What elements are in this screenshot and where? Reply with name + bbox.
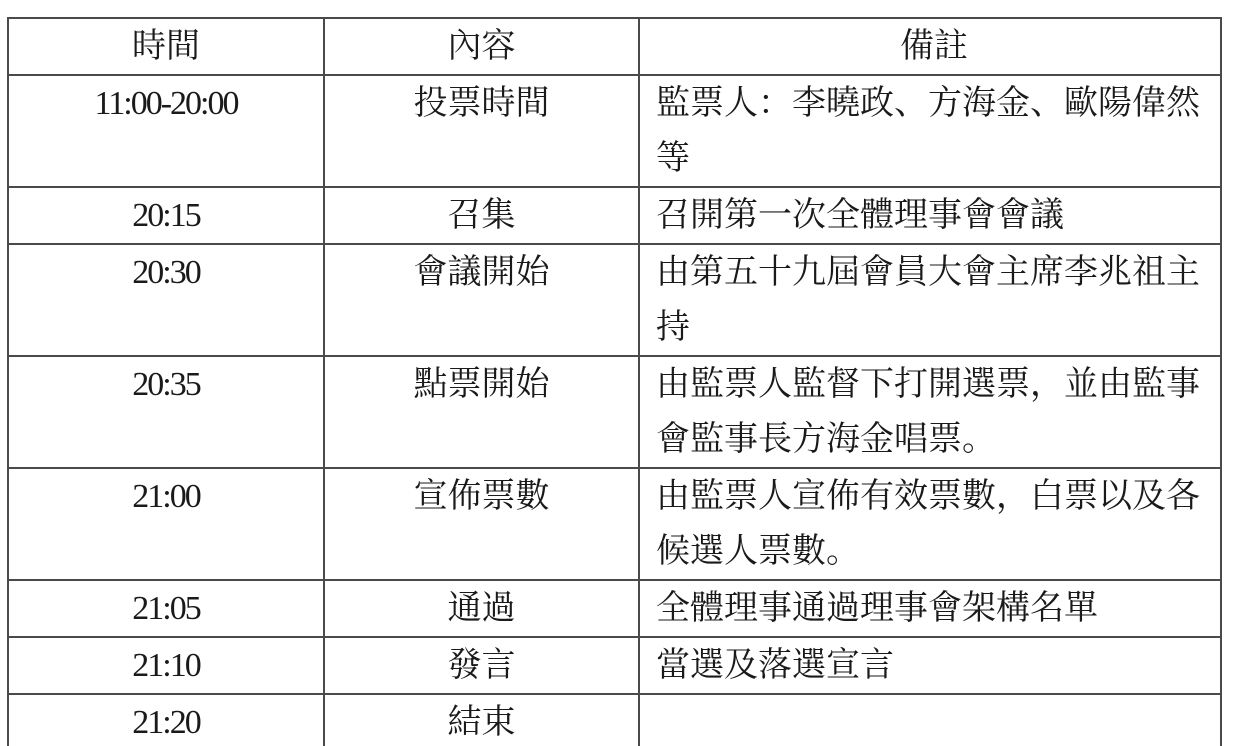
cell-content: 點票開始 [324,356,639,468]
cell-content: 宣佈票數 [324,468,639,580]
cell-content: 投票時間 [324,75,639,187]
cell-time: 21:20 [8,694,324,746]
cell-time: 11:00-20:00 [8,75,324,187]
header-time: 時間 [8,18,324,75]
table-row: 20:15 召集 召開第一次全體理事會會議 [8,187,1221,244]
cell-time: 20:15 [8,187,324,244]
cell-content: 結束 [324,694,639,746]
header-row: 時間 內容 備註 [8,18,1221,75]
cell-note: 召開第一次全體理事會會議 [639,187,1221,244]
cell-time: 21:10 [8,637,324,694]
cell-content: 召集 [324,187,639,244]
table-row: 21:10 發言 當選及落選宣言 [8,637,1221,694]
cell-note: 監票人：李曉政、方海金、歐陽偉然等 [639,75,1221,187]
cell-note: 由監票人監督下打開選票，並由監事會監事長方海金唱票。 [639,356,1221,468]
cell-note [639,694,1221,746]
header-content: 內容 [324,18,639,75]
table-row: 21:00 宣佈票數 由監票人宣佈有效票數，白票以及各候選人票數。 [8,468,1221,580]
table-row: 21:20 結束 [8,694,1221,746]
cell-note: 全體理事通過理事會架構名單 [639,580,1221,637]
table-row: 11:00-20:00 投票時間 監票人：李曉政、方海金、歐陽偉然等 [8,75,1221,187]
cell-note: 由第五十九屆會員大會主席李兆祖主持 [639,244,1221,356]
table-row: 20:35 點票開始 由監票人監督下打開選票，並由監事會監事長方海金唱票。 [8,356,1221,468]
cell-time: 20:35 [8,356,324,468]
cell-time: 21:05 [8,580,324,637]
cell-content: 發言 [324,637,639,694]
cell-content: 會議開始 [324,244,639,356]
table-row: 20:30 會議開始 由第五十九屆會員大會主席李兆祖主持 [8,244,1221,356]
cell-note: 當選及落選宣言 [639,637,1221,694]
cell-content: 通過 [324,580,639,637]
cell-time: 21:00 [8,468,324,580]
cell-time: 20:30 [8,244,324,356]
schedule-table: 時間 內容 備註 11:00-20:00 投票時間 監票人：李曉政、方海金、歐陽… [7,17,1222,746]
table-row: 21:05 通過 全體理事通過理事會架構名單 [8,580,1221,637]
header-note: 備註 [639,18,1221,75]
cell-note: 由監票人宣佈有效票數，白票以及各候選人票數。 [639,468,1221,580]
